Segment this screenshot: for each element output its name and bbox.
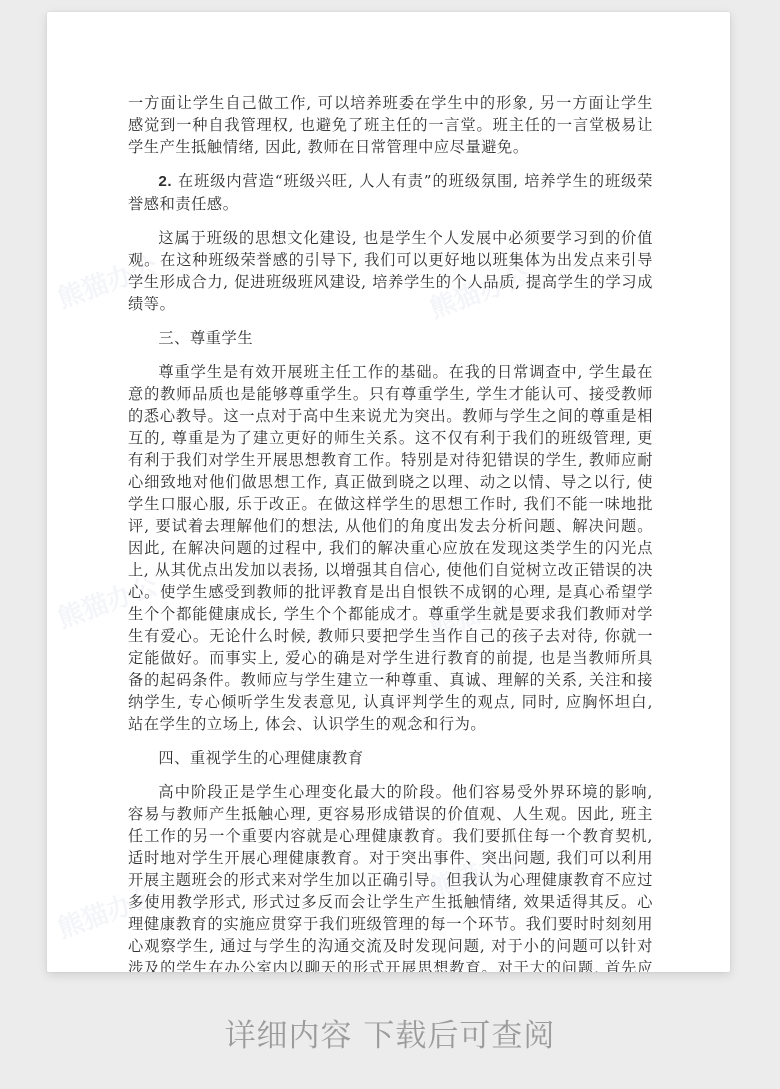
- paragraph: 尊重学生是有效开展班主任工作的基础。在我的日常调查中, 学生最在意的教师品质也是…: [128, 361, 653, 735]
- paragraph: 这属于班级的思想文化建设, 也是学生个人发展中必须要学习到的价值观。在这种班级荣…: [128, 227, 653, 315]
- item-number: 2.: [158, 173, 172, 190]
- document-body: 一方面让学生自己做工作, 可以培养班委在学生中的形象, 另一方面让学生感觉到一种…: [128, 92, 653, 972]
- numbered-item: 2. 在班级内营造“班级兴旺, 人人有责”的班级氛围, 培养学生的班级荣誉感和责…: [128, 170, 653, 215]
- paragraph-continuation: 一方面让学生自己做工作, 可以培养班委在学生中的形象, 另一方面让学生感觉到一种…: [128, 92, 653, 158]
- section-heading: 三、尊重学生: [128, 327, 653, 349]
- download-prompt-banner: 详细内容 下载后可查阅: [0, 1010, 780, 1055]
- document-page: 熊猫办公 熊猫办公 熊猫办公 熊猫办公 熊猫办公 熊猫办公 一方面让学生自己做工…: [47, 12, 730, 972]
- paragraph: 高中阶段正是学生心理变化最大的阶段。他们容易受外界环境的影响, 容易与教师产生抵…: [128, 781, 653, 972]
- item-text: 在班级内营造“班级兴旺, 人人有责”的班级氛围, 培养学生的班级荣誉感和责任感。: [128, 172, 653, 213]
- section-heading: 四、重视学生的心理健康教育: [128, 747, 653, 769]
